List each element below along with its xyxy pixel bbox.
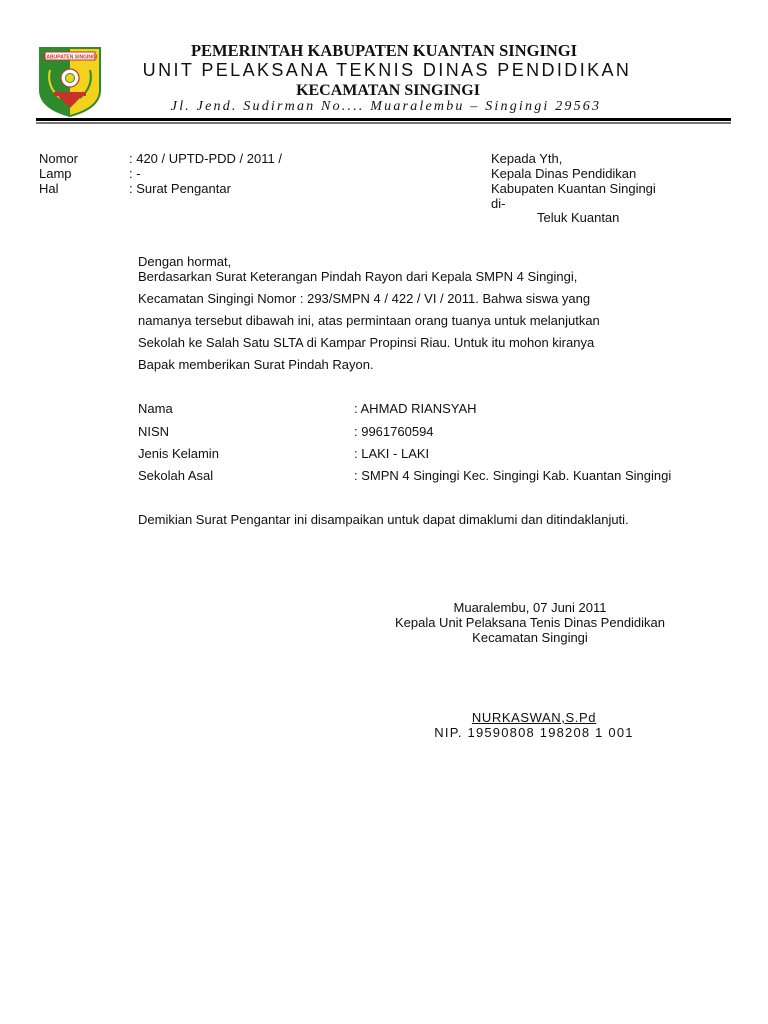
recipient-salutation: Kepada Yth, [491, 151, 562, 166]
recipient-office: Kepala Dinas Pendidikan [491, 166, 636, 181]
letterhead-divider-thin [36, 122, 731, 124]
recipient-regency: Kabupaten Kuantan Singingi [491, 181, 656, 196]
signature-district: Kecamatan Singingi [376, 630, 684, 645]
student-value-nama: : AHMAD RIANSYAH [354, 401, 477, 416]
meta-value-lamp: : - [129, 166, 141, 181]
letterhead-unit: UNIT PELAKSANA TEKNIS DINAS PENDIDIKAN [0, 60, 768, 81]
body-line: Kecamatan Singingi Nomor : 293/SMPN 4 / … [138, 291, 590, 306]
letterhead-divider [36, 118, 731, 121]
meta-label-hal: Hal [39, 181, 59, 196]
signatory-nip: NIP. 19590808 198208 1 001 [376, 725, 692, 740]
greeting: Dengan hormat, [138, 254, 231, 269]
letterhead-government: PEMERINTAH KABUPATEN KUANTAN SINGINGI [0, 41, 768, 61]
meta-value-nomor: : 420 / UPTD-PDD / 2011 / [129, 151, 282, 166]
letterhead-address: Jl. Jend. Sudirman No.... Muaralembu – S… [0, 99, 768, 115]
body-line: namanya tersebut dibawah ini, atas permi… [138, 313, 600, 328]
student-value-gender: : LAKI - LAKI [354, 446, 429, 461]
closing-statement: Demikian Surat Pengantar ini disampaikan… [138, 512, 629, 527]
student-value-school: : SMPN 4 Singingi Kec. Singingi Kab. Kua… [354, 468, 671, 483]
meta-label-nomor: Nomor [39, 151, 78, 166]
body-line: Sekolah ke Salah Satu SLTA di Kampar Pro… [138, 335, 594, 350]
signatory-name: NURKASWAN,S.Pd [376, 710, 692, 725]
student-label-school: Sekolah Asal [138, 468, 213, 483]
student-value-nisn: : 9961760594 [354, 424, 434, 439]
signature-place-date: Muaralembu, 07 Juni 2011 [376, 600, 684, 615]
student-label-nama: Nama [138, 401, 173, 416]
signature-title: Kepala Unit Pelaksana Tenis Dinas Pendid… [376, 615, 684, 630]
student-label-gender: Jenis Kelamin [138, 446, 219, 461]
letterhead-district: KECAMATAN SINGINGI [0, 82, 768, 100]
recipient-di: di- [491, 196, 505, 211]
recipient-city: Teluk Kuantan [537, 210, 619, 225]
meta-label-lamp: Lamp [39, 166, 72, 181]
body-line: Bapak memberikan Surat Pindah Rayon. [138, 357, 374, 372]
student-label-nisn: NISN [138, 424, 169, 439]
body-line: Berdasarkan Surat Keterangan Pindah Rayo… [138, 269, 577, 284]
meta-value-hal: : Surat Pengantar [129, 181, 231, 196]
